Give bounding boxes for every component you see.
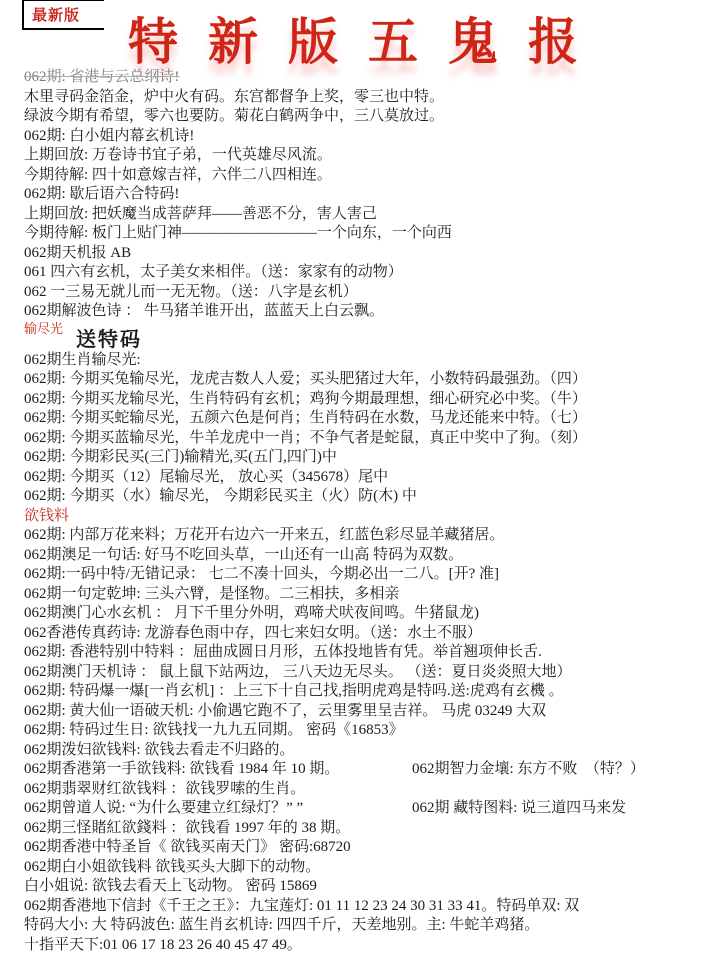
text-line-15: 送特码 xyxy=(76,329,700,351)
text-line-32: 062期澳门天机诗 ： 鼠上鼠下站两边， 三八天边无尽头。 （送：夏日炎炎照大地… xyxy=(24,663,700,683)
text-line-7: 062期: 歇后语六合特码! xyxy=(24,185,700,205)
latest-edition-badge: 最新版 xyxy=(24,1,104,25)
text-line-18: 062期: 今期买龙输尽光，生肖特码有玄机；鸡狗今期最理想，细心研究必中奖。（牛… xyxy=(24,390,700,410)
text-line-33: 062期: 特码爆一爆[一肖玄机] ：上三下十自己找,指明虎鸡是特吗.送:虎鸡有… xyxy=(24,682,700,702)
text-line-26: 062期澳足一句话: 好马不吃回头草，一山还有一山高 特码为双数。 xyxy=(24,546,700,566)
text-line-46: 十指平天下:01 06 17 18 23 26 40 45 47 49。 xyxy=(24,936,700,956)
text-line-20: 062期: 今期买蓝输尽光，牛羊龙虎中一肖；不争气者是蛇鼠，真正中奖中了狗。（刻… xyxy=(24,429,700,449)
text-line-25: 062期: 内部万花来料；万花开右边六一开来五，红蓝色彩尽显羊藏猪居。 xyxy=(24,526,700,546)
text-line-37-right: 062期智力金壤: 东方不败 （特？） xyxy=(412,760,645,780)
text-line-5: 上期回放: 万卷诗书宜子弟，一代英雄尽风流。 xyxy=(24,146,700,166)
text-line-16: 062期生肖输尽光: xyxy=(24,351,700,371)
text-line-12: 062 一三易无就儿而一无无物。（送：八字是玄机） xyxy=(24,283,700,303)
text-line-13: 062期解波色诗 ： 牛马猪羊谁开出，蓝蓝天上白云飘。 xyxy=(24,302,700,322)
text-line-41: 062期香港中特圣旨《 欲钱买南天门》 密码:68720 xyxy=(24,838,700,858)
text-line-11: 061 四六有玄机，太子美女来相伴。（送：家家有的动物） xyxy=(24,263,700,283)
text-line-29: 062期澳门心水玄机 ： 月下千里分外明，鸡啼犬吠夜间鸣。牛猪鼠龙) xyxy=(24,604,700,624)
text-line-39-right: 062期 藏特图料: 说三道四马来发 xyxy=(412,799,626,819)
text-line-6: 今期待解: 四十如意嫁吉祥，六伴二八四相连。 xyxy=(24,166,700,186)
text-line-19: 062期: 今期买蛇输尽光，五颜六色是何肖；生肖特码在水数，马龙还能来中特。（七… xyxy=(24,409,700,429)
text-line-39-left: 062期曾道人说: “为什么要建立红绿灯？” ” xyxy=(24,800,303,816)
text-line-10: 062期天机报 AB xyxy=(24,244,700,264)
text-line-27: 062期:一码中特/无错记录： 七二不凑十回头，今期必出一二八。[开? 准] xyxy=(24,565,700,585)
text-line-9: 今期待解: 板门上贴门神—————————一个向东，一个向西 xyxy=(24,224,700,244)
text-line-35: 062期: 特码过生日: 欲钱找一九九五同期。 密码《16853》 xyxy=(24,721,700,741)
text-line-37-left: 062期香港第一手欲钱料: 欲钱看 1984 年 10 期。 xyxy=(24,761,339,777)
text-line-17: 062期: 今期买兔输尽光，龙虎吉数人人爱；买头肥猪过大年，小数特码最强劲。（四… xyxy=(24,370,700,390)
text-line-36: 062期泼妇欲钱料: 欲钱去看走不归路的。 xyxy=(24,741,700,761)
text-line-24: 欲钱料 xyxy=(24,507,700,527)
text-line-23: 062期: 今期买（水）输尽光， 今期彩民买主（火）防(木) 中 xyxy=(24,487,700,507)
text-line-2: 木里寻码金箔金，炉中火有码。东宫都督争上奖，零三也中特。 xyxy=(24,88,700,108)
text-line-28: 062期一句定乾坤: 三头六臂，是怪物。二三相扶，多相亲 xyxy=(24,585,700,605)
text-line-38: 062期翡翠财红欲钱料 ：欲钱罗嗦的生肖。 xyxy=(24,780,700,800)
text-line-40: 062期三怪賭紅欲錢料 ：欲钱看 1997 年的 38 期。 xyxy=(24,819,700,839)
page-title: 特新版五鬼报 xyxy=(128,2,608,74)
text-line-22: 062期: 今期买（12）尾输尽光， 放心买（345678）尾中 xyxy=(24,468,700,488)
text-line-45: 特码大小: 大 特码波色: 蓝生肖玄机诗: 四四千斤，天差地别。主: 牛蛇羊鸡猪… xyxy=(24,916,700,936)
content-lines: 062期: 省港与云总纲诗!木里寻码金箔金，炉中火有码。东宫都督争上奖，零三也中… xyxy=(24,68,700,955)
latest-edition-badge-frame: 最新版 xyxy=(22,0,104,30)
lottery-tip-sheet: 最新版 特新版五鬼报 062期: 省港与云总纲诗!木里寻码金箔金，炉中火有码。东… xyxy=(0,0,702,960)
text-line-43: 白小姐说: 欲钱去看天上飞动物。 密码 15869 xyxy=(24,877,700,897)
text-line-34: 062期: 黄大仙一语破天机: 小偷遇它跑不了，云里雾里呈吉祥。 马虎 0324… xyxy=(24,702,700,722)
text-line-39: 062期曾道人说: “为什么要建立红绿灯？” ”062期 藏特图料: 说三道四马… xyxy=(24,799,700,819)
text-line-42: 062期白小姐欲钱料 欲钱买头大脚下的动物。 xyxy=(24,858,700,878)
text-line-1: 062期: 省港与云总纲诗! xyxy=(24,68,700,88)
text-line-37: 062期香港第一手欲钱料: 欲钱看 1984 年 10 期。062期智力金壤: … xyxy=(24,760,700,780)
text-line-44: 062期香港地下信封《千王之王》：九宝莲灯: 01 11 12 23 24 30… xyxy=(24,897,700,917)
text-line-31: 062期: 香港特别中特料 ：屈曲成圆日月形，五体投地皆有凭。举首翘项伸长舌. xyxy=(24,643,700,663)
text-line-21: 062期: 今期彩民买(三门)输精光,买(五门,四门)中 xyxy=(24,448,700,468)
text-line-30: 062香港传真药诗: 龙游春色雨中存，四七来妇女明。（送：水土不服） xyxy=(24,624,700,644)
text-line-8: 上期回放: 把妖魔当成菩萨拜——善恶不分，害人害己 xyxy=(24,205,700,225)
text-line-4: 062期: 白小姐内幕玄机诗! xyxy=(24,127,700,147)
text-line-3: 绿波今期有希望，零六也要防。菊花白鹤两争中，三八莫放过。 xyxy=(24,107,700,127)
